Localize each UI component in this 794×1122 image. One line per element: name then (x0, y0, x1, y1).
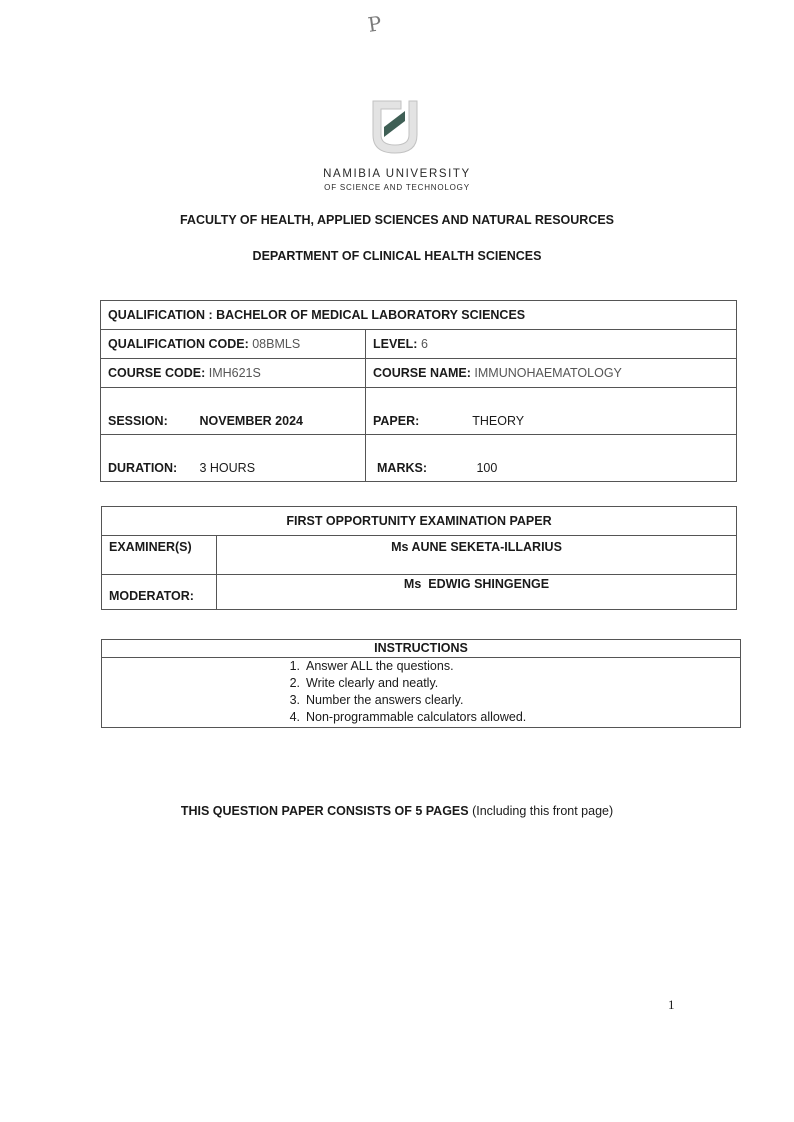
qualification-code-cell: QUALIFICATION CODE: 08BMLS (101, 330, 366, 359)
course-code-value: IMH621S (209, 366, 261, 380)
page-count-note: THIS QUESTION PAPER CONSISTS OF 5 PAGES … (0, 804, 794, 818)
faculty-heading: FACULTY OF HEALTH, APPLIED SCIENCES AND … (0, 213, 794, 227)
duration-label: DURATION: (108, 461, 196, 475)
examiner-value: Ms AUNE SEKETA-ILLARIUS (217, 536, 737, 575)
moderator-value: Ms EDWIG SHINGENGE (217, 575, 737, 610)
university-subtitle: OF SCIENCE AND TECHNOLOGY (0, 183, 794, 192)
handwritten-mark: P (366, 11, 383, 37)
instruction-item: 3.Number the answers clearly. (278, 692, 740, 709)
paper-label: PAPER: (373, 414, 469, 428)
session-label: SESSION: (108, 414, 196, 428)
page-count-parenthetical: (Including this front page) (472, 804, 613, 818)
instruction-item: 4.Non-programmable calculators allowed. (278, 709, 740, 726)
course-name-cell: COURSE NAME: IMMUNOHAEMATOLOGY (366, 359, 737, 388)
course-name-value: IMMUNOHAEMATOLOGY (474, 366, 621, 380)
marks-value: 100 (476, 461, 497, 475)
page-number: 1 (668, 997, 675, 1013)
course-code-label: COURSE CODE: (108, 366, 205, 380)
exam-staff-table: FIRST OPPORTUNITY EXAMINATION PAPER EXAM… (101, 506, 737, 610)
session-value: NOVEMBER 2024 (199, 414, 303, 428)
duration-cell: DURATION: 3 HOURS (101, 435, 366, 482)
page-count-bold: THIS QUESTION PAPER CONSISTS OF 5 PAGES (181, 804, 469, 818)
qualification-cell: QUALIFICATION : BACHELOR OF MEDICAL LABO… (101, 301, 737, 330)
level-cell: LEVEL: 6 (366, 330, 737, 359)
exam-paper-title: FIRST OPPORTUNITY EXAMINATION PAPER (102, 507, 737, 536)
session-cell: SESSION: NOVEMBER 2024 (101, 388, 366, 435)
instruction-item: 2.Write clearly and neatly. (278, 675, 740, 692)
instructions-list: 1.Answer ALL the questions. 2.Write clea… (102, 658, 740, 727)
paper-cell: PAPER: THEORY (366, 388, 737, 435)
moderator-label: MODERATOR: (102, 575, 217, 610)
course-code-cell: COURSE CODE: IMH621S (101, 359, 366, 388)
marks-cell: MARKS: 100 (366, 435, 737, 482)
qualification-code-value: 08BMLS (252, 337, 300, 351)
qualification-code-label: QUALIFICATION CODE: (108, 337, 249, 351)
marks-label: MARKS: (373, 461, 473, 475)
department-heading: DEPARTMENT OF CLINICAL HEALTH SCIENCES (0, 249, 794, 263)
instructions-table: INSTRUCTIONS 1.Answer ALL the questions.… (101, 639, 741, 728)
course-info-table: QUALIFICATION : BACHELOR OF MEDICAL LABO… (100, 300, 737, 482)
university-name: NAMIBIA UNIVERSITY (0, 168, 794, 180)
instruction-item: 1.Answer ALL the questions. (278, 658, 740, 675)
examiner-label: EXAMINER(S) (102, 536, 217, 575)
instructions-title: INSTRUCTIONS (102, 640, 741, 658)
paper-value: THEORY (472, 414, 524, 428)
level-value: 6 (421, 337, 428, 351)
level-label: LEVEL: (373, 337, 417, 351)
university-logo-icon (365, 95, 425, 157)
course-name-label: COURSE NAME: (373, 366, 471, 380)
duration-value: 3 HOURS (199, 461, 255, 475)
